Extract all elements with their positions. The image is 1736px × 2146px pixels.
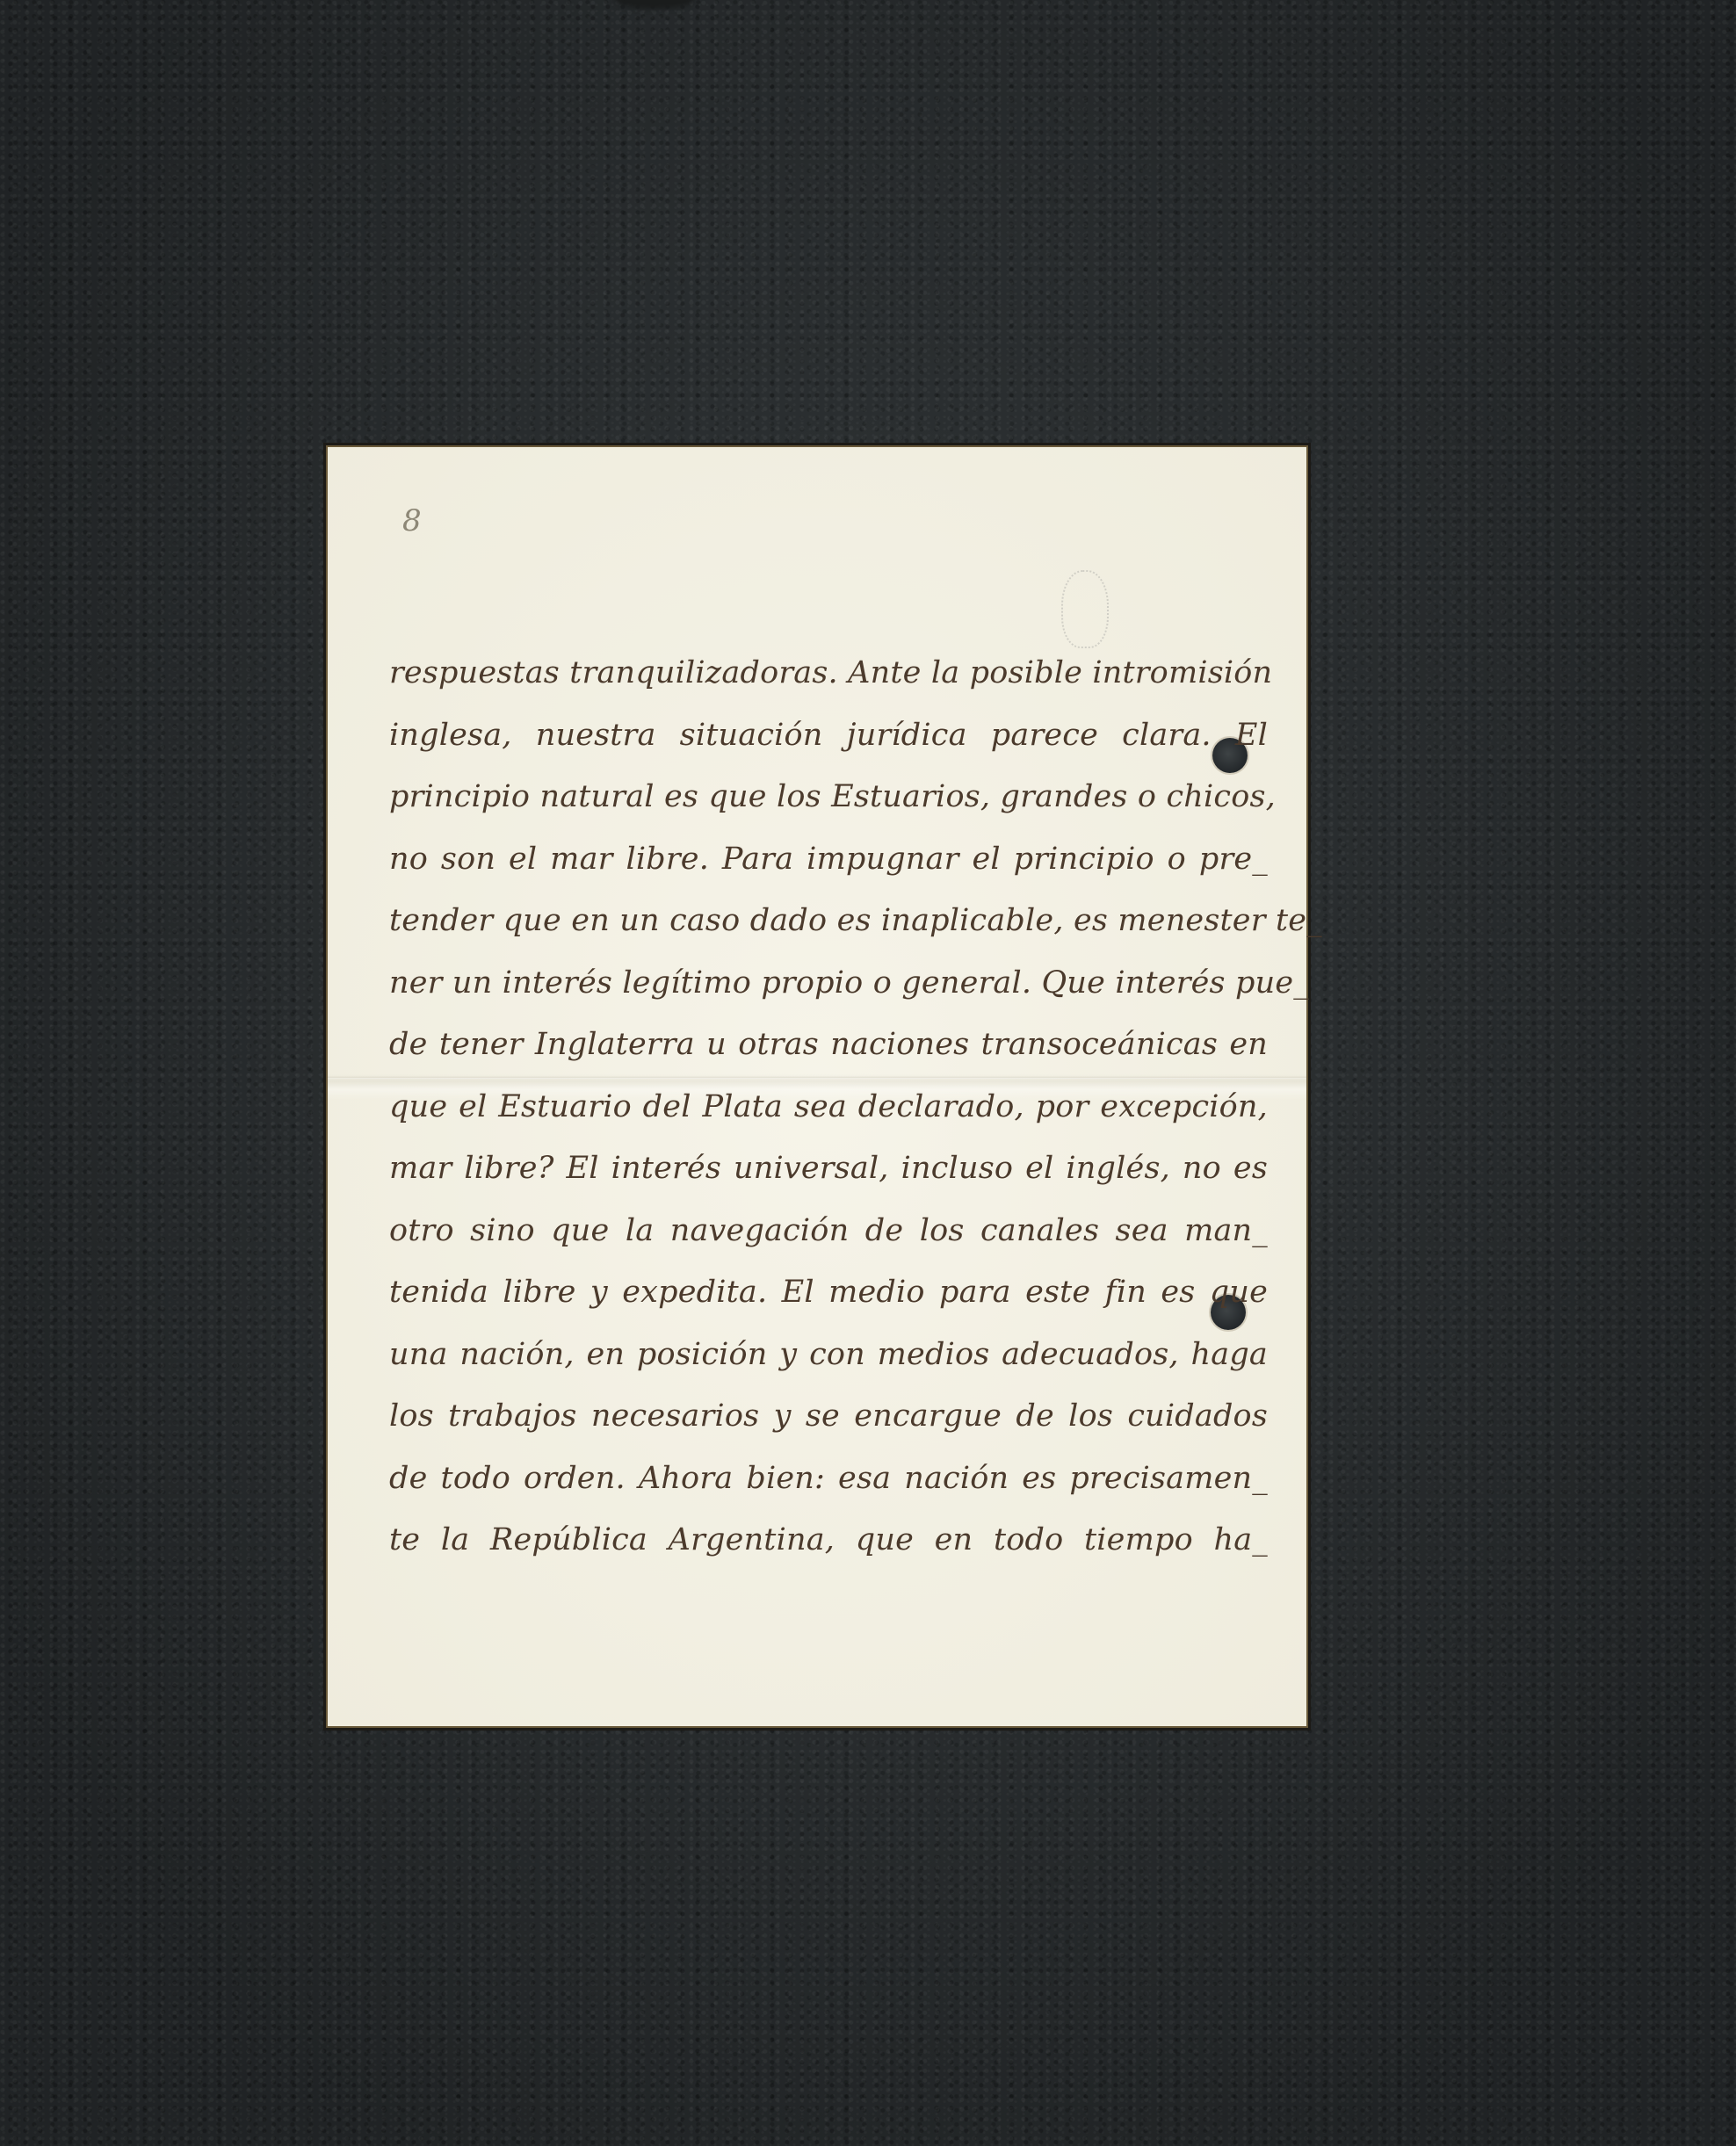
text-line: respuestas tranquilizadoras. Ante la pos… — [389, 642, 1268, 704]
text-line: no son el mar libre. Para impugnar el pr… — [389, 828, 1268, 891]
text-line: de todo orden. Ahora bien: esa nación es… — [389, 1448, 1268, 1510]
text-line: otro sino que la navegación de los canal… — [389, 1200, 1268, 1262]
page-number: 8 — [402, 503, 422, 538]
text-line: mar libre? El interés universal, incluso… — [389, 1138, 1268, 1200]
text-line: ner un interés legítimo propio o general… — [389, 952, 1268, 1015]
text-line: tender que en un caso dado es inaplicabl… — [389, 890, 1268, 952]
text-line: que el Estuario del Plata sea declarado,… — [389, 1076, 1268, 1138]
text-line: te la República Argentina, que en todo t… — [389, 1509, 1268, 1572]
handwritten-text-block: respuestas tranquilizadoras. Ante la pos… — [389, 642, 1268, 1572]
text-line: inglesa, nuestra situación jurídica pare… — [389, 704, 1268, 767]
faint-bleed-through-mark — [1061, 570, 1109, 648]
text-line: los trabajos necesarios y se encargue de… — [389, 1385, 1268, 1448]
text-line: tenida libre y expedita. El medio para e… — [389, 1261, 1268, 1324]
text-line: principio natural es que los Estuarios, … — [389, 766, 1268, 828]
text-line: una nación, en posición y con medios ade… — [389, 1324, 1268, 1386]
text-line: de tener Inglaterra u otras naciones tra… — [389, 1014, 1268, 1076]
background-blemish — [615, 0, 694, 9]
handwritten-page: 8 respuestas tranquilizadoras. Ante la p… — [328, 447, 1306, 1726]
